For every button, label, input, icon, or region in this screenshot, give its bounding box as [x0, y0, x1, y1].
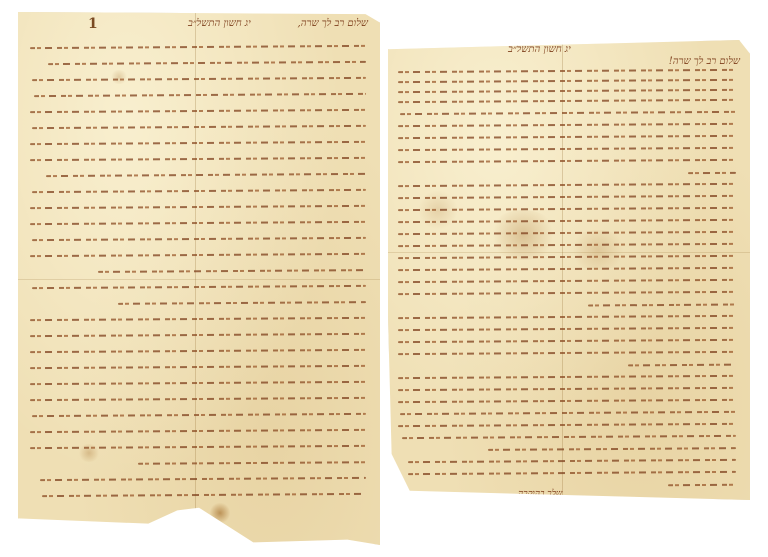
handwritten-text-block: [18, 12, 380, 545]
letter-page-right: יג חשון התשל״ב שלום רב לך שרה!: [388, 40, 750, 500]
handwritten-text-block: [388, 40, 750, 500]
signature: שלך בהוקרה: [518, 488, 562, 499]
letter-page-left: 1 יג חשון התשל״ב שלום רב לך שרה,: [18, 12, 380, 545]
